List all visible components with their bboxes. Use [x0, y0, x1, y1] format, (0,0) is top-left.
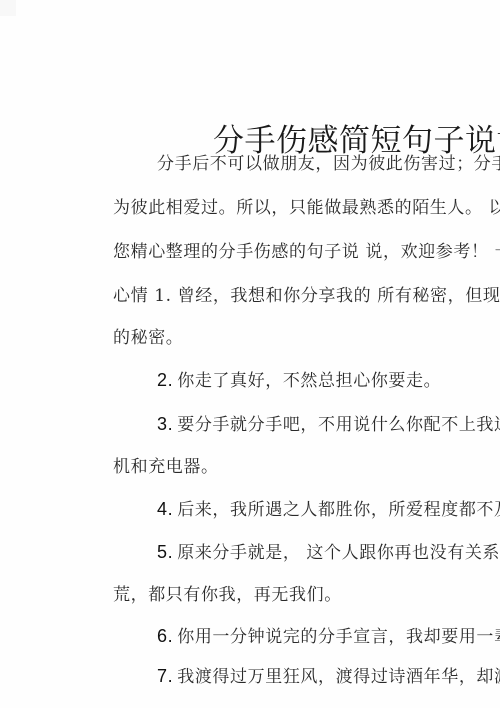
paragraph-line: 心情 1. 曾经，我想和你分享我的 所有秘密，但现在: [113, 284, 500, 308]
item-number: 6.: [157, 626, 173, 646]
line-text: 为彼此相爱过。所以，只能做最熟悉的陌生人。 以: [113, 198, 500, 218]
line-text: 我渡得过万里狂风，渡得过诗酒年华，却渡: [177, 667, 500, 687]
paragraph-line: 分手后不可以做朋友，因为彼此伤害过；分手: [157, 152, 500, 176]
page-corner: [0, 0, 16, 16]
item-number: 7.: [157, 666, 173, 686]
list-item: 2.你走了真好，不然总担心你要走。: [157, 368, 441, 393]
line-text: 机和充电器。: [113, 457, 219, 477]
line-text: 你走了真好，不然总担心你要走。: [177, 371, 441, 391]
paragraph-line: 荒，都只有你我，再无我们。: [113, 583, 342, 607]
line-text: 的秘密。: [113, 328, 183, 348]
item-number: 2.: [157, 370, 173, 390]
line-text: 你用一分钟说完的分手宣言，我却要用一辈: [177, 627, 500, 647]
item-number: 5.: [157, 542, 173, 562]
item-number: 4.: [157, 499, 173, 519]
line-text: 要分手就分手吧，不用说什么你配不上我这: [177, 415, 500, 435]
list-item: 6.你用一分钟说完的分手宣言，我却要用一辈: [157, 624, 500, 649]
list-item: 5.原来分手就是， 这个人跟你再也没有关系: [157, 540, 500, 565]
list-item: 4.后来，我所遇之人都胜你，所爱程度都不及: [157, 497, 500, 522]
line-text: 心情 1. 曾经，我想和你分享我的 所有秘密，但现在: [113, 286, 500, 306]
line-text: 荒，都只有你我，再无我们。: [113, 585, 342, 605]
document-page: 分手伤感简短句子说说 分手后不可以做朋友，因为彼此伤害过；分手 为彼此相爱过。所…: [0, 0, 500, 708]
paragraph-line: 为彼此相爱过。所以，只能做最熟悉的陌生人。 以: [113, 196, 500, 220]
list-item: 3.要分手就分手吧，不用说什么你配不上我这: [157, 412, 500, 437]
line-text: 分手后不可以做朋友，因为彼此伤害过；分手: [157, 154, 500, 174]
paragraph-line: 机和充电器。: [113, 455, 219, 479]
paragraph-line: 的秘密。: [113, 326, 183, 350]
line-text: 原来分手就是， 这个人跟你再也没有关系: [177, 543, 500, 563]
list-item: 7.我渡得过万里狂风，渡得过诗酒年华，却渡: [157, 664, 500, 689]
line-text: 后来，我所遇之人都胜你，所爱程度都不及: [177, 500, 500, 520]
item-number: 3.: [157, 414, 173, 434]
line-text: 您精心整理的分手伤感的句子说 说，欢迎参考！ 一: [113, 242, 500, 262]
paragraph-line: 您精心整理的分手伤感的句子说 说，欢迎参考！ 一: [113, 240, 500, 264]
